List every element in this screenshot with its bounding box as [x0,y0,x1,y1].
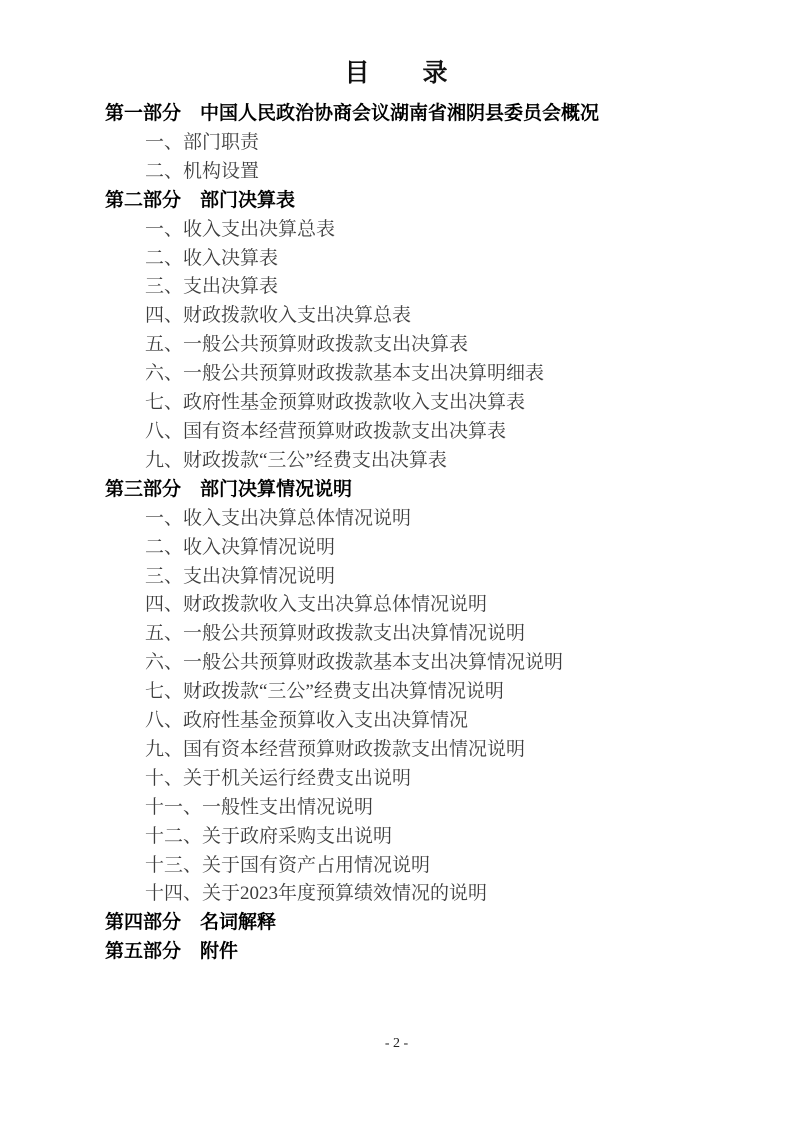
toc: 第一部分 中国人民政治协商会议湖南省湘阴县委员会概况一、部门职责二、机构设置第二… [105,100,763,967]
toc-item: 四、财政拨款收入支出决算总表 [105,302,763,331]
toc-section-heading: 第一部分 中国人民政治协商会议湖南省湘阴县委员会概况 [105,100,763,129]
toc-section-heading: 第二部分 部门决算表 [105,187,763,216]
toc-item: 十一、一般性支出情况说明 [105,794,763,823]
toc-item: 二、收入决算情况说明 [105,534,763,563]
toc-item: 四、财政拨款收入支出决算总体情况说明 [105,591,763,620]
toc-item: 五、一般公共预算财政拨款支出决算表 [105,331,763,360]
toc-item: 三、支出决算情况说明 [105,563,763,592]
page-number: - 2 - [0,1036,793,1052]
toc-item: 十三、关于国有资产占用情况说明 [105,852,763,881]
toc-item: 九、国有资本经营预算财政拨款支出情况说明 [105,736,763,765]
toc-item: 十二、关于政府采购支出说明 [105,823,763,852]
toc-item: 一、收入支出决算总表 [105,216,763,245]
toc-item: 一、收入支出决算总体情况说明 [105,505,763,534]
toc-item: 九、财政拨款“三公”经费支出决算表 [105,447,763,476]
toc-item: 七、政府性基金预算财政拨款收入支出决算表 [105,389,763,418]
toc-item: 六、一般公共预算财政拨款基本支出决算情况说明 [105,649,763,678]
document-page: 目 录 第一部分 中国人民政治协商会议湖南省湘阴县委员会概况一、部门职责二、机构… [0,0,793,1122]
toc-item: 八、政府性基金预算收入支出决算情况 [105,707,763,736]
toc-item: 三、支出决算表 [105,273,763,302]
page-title: 目 录 [0,0,793,89]
toc-item: 七、财政拨款“三公”经费支出决算情况说明 [105,678,763,707]
toc-item: 一、部门职责 [105,129,763,158]
toc-item: 二、机构设置 [105,158,763,187]
toc-item: 八、国有资本经营预算财政拨款支出决算表 [105,418,763,447]
toc-item: 六、一般公共预算财政拨款基本支出决算明细表 [105,360,763,389]
toc-section-heading: 第四部分 名词解释 [105,909,763,938]
toc-section-heading: 第三部分 部门决算情况说明 [105,476,763,505]
toc-item: 五、一般公共预算财政拨款支出决算情况说明 [105,620,763,649]
toc-item: 十、关于机关运行经费支出说明 [105,765,763,794]
toc-item: 二、收入决算表 [105,245,763,274]
toc-section-heading: 第五部分 附件 [105,938,763,967]
toc-item: 十四、关于2023年度预算绩效情况的说明 [105,880,763,909]
